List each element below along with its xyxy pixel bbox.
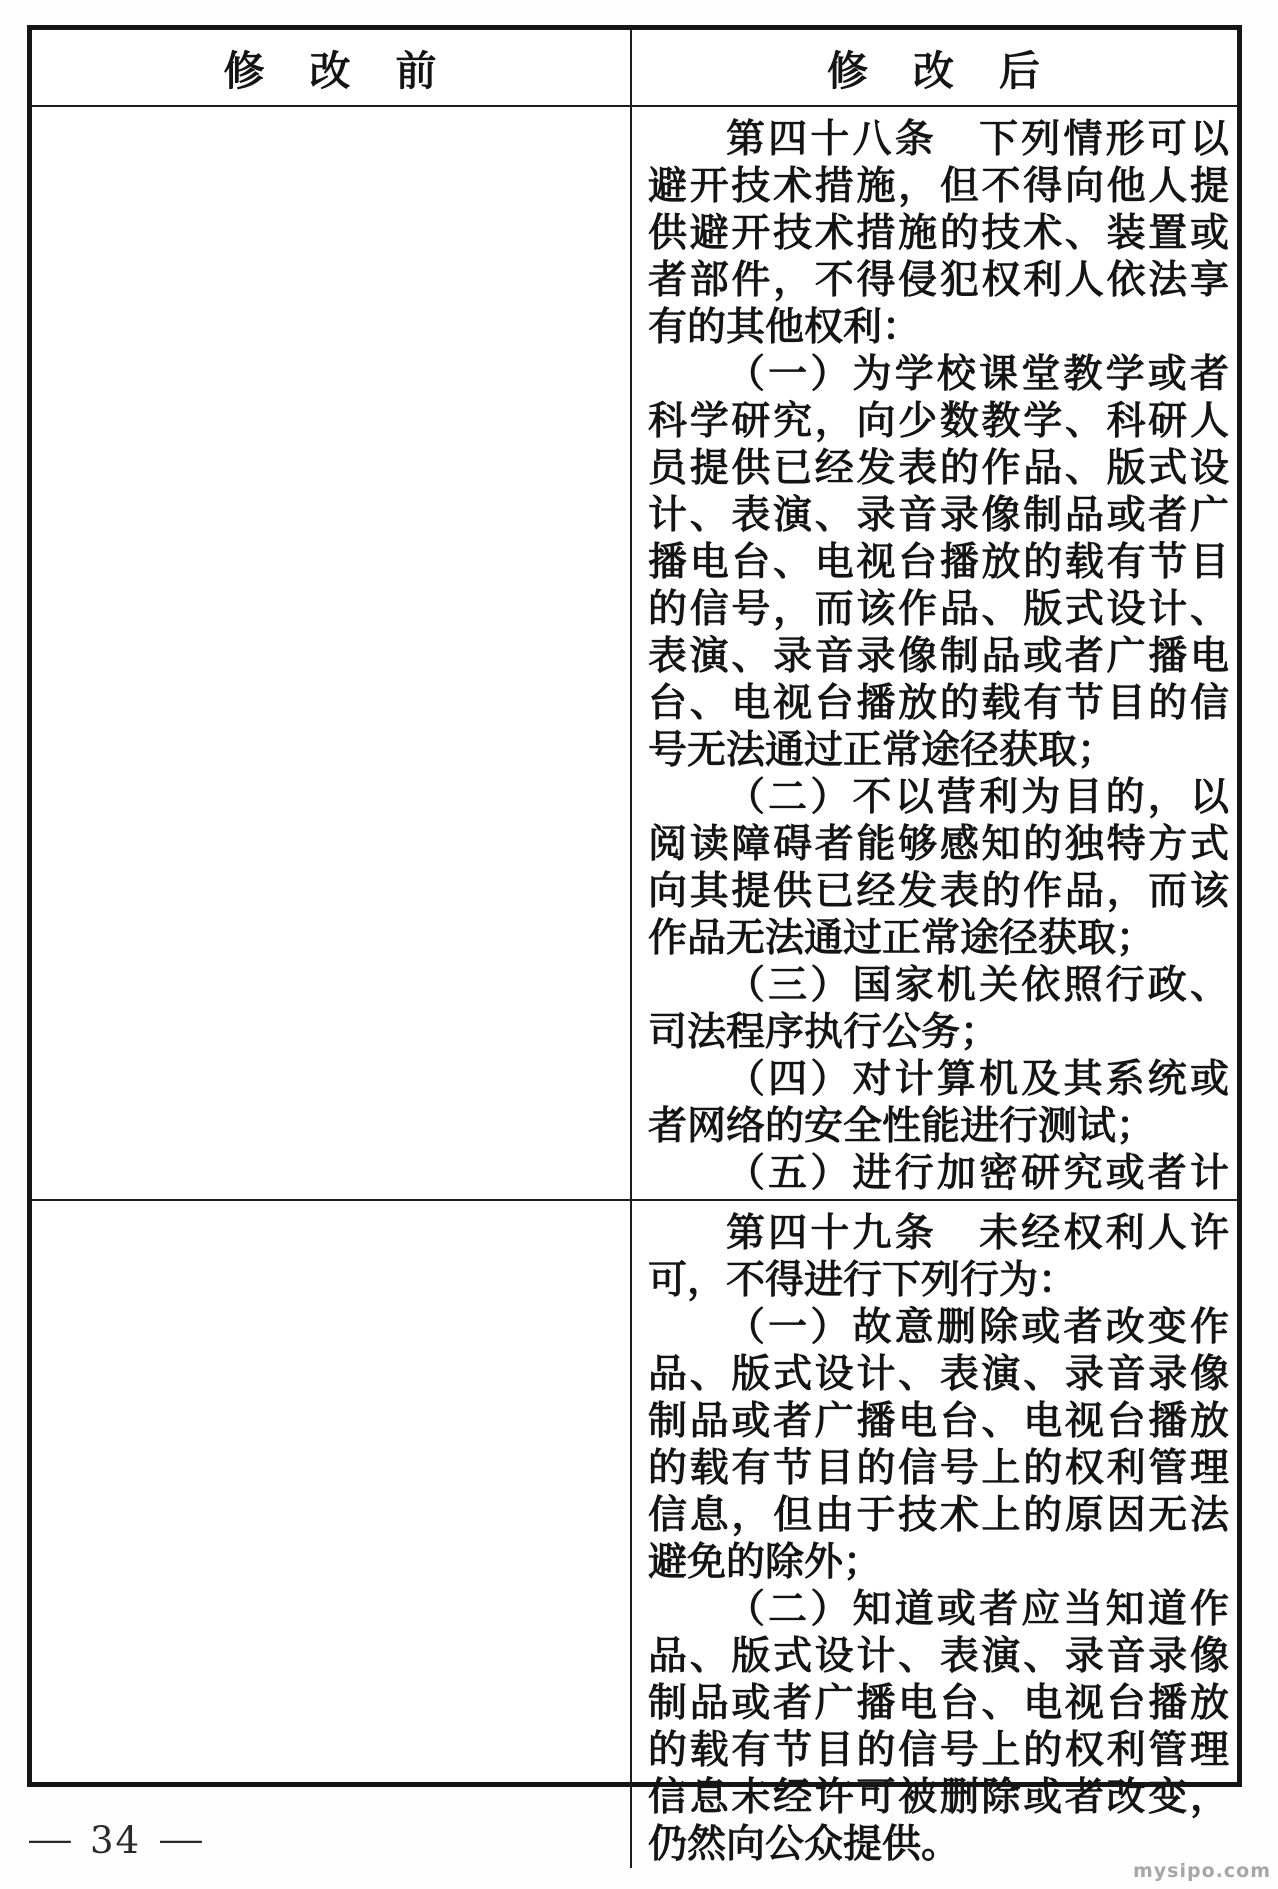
header-cell-before: 修 改 前 bbox=[32, 30, 632, 105]
article-48-intro: 第四十八条 下列情形可以避开技术措施，但不得向他人提供避开技术措施的技术、装置或… bbox=[648, 116, 1229, 351]
cell-after-article-49: 第四十九条 未经权利人许可，不得进行下列行为： （一）故意删除或者改变作品、版式… bbox=[632, 1201, 1237, 1868]
page-number: 34 bbox=[90, 1822, 141, 1859]
page-footer: — 34 — bbox=[33, 1818, 198, 1862]
article-48-item-5: （五）进行加密研究或者计算机软件反向工程研究。 bbox=[648, 1150, 1229, 1199]
article-49-intro: 第四十九条 未经权利人许可，不得进行下列行为： bbox=[648, 1210, 1229, 1304]
article-49-item-1: （一）故意删除或者改变作品、版式设计、表演、录音录像制品或者广播电台、电视台播放… bbox=[648, 1304, 1229, 1586]
header-label-before: 修 改 前 bbox=[224, 38, 439, 97]
table-row-article-49: 第四十九条 未经权利人许可，不得进行下列行为： （一）故意删除或者改变作品、版式… bbox=[32, 1201, 1237, 1868]
cell-before-article-49 bbox=[32, 1201, 632, 1868]
table-header-row: 修 改 前 修 改 后 bbox=[32, 30, 1237, 107]
cell-before-article-48 bbox=[32, 107, 632, 1199]
watermark-text: mysipo.com bbox=[1133, 1860, 1271, 1882]
revision-comparison-table: 修 改 前 修 改 后 第四十八条 下列情形可以避开技术措施，但不得向他人提供避… bbox=[27, 25, 1242, 1787]
article-48-item-3: （三）国家机关依照行政、司法程序执行公务； bbox=[648, 962, 1229, 1056]
article-48-item-4: （四）对计算机及其系统或者网络的安全性能进行测试； bbox=[648, 1056, 1229, 1150]
article-49-item-2: （二）知道或者应当知道作品、版式设计、表演、录音录像制品或者广播电台、电视台播放… bbox=[648, 1586, 1229, 1868]
footer-right-dash: — bbox=[158, 1823, 204, 1857]
header-label-after: 修 改 后 bbox=[827, 38, 1042, 97]
footer-left-dash: — bbox=[27, 1823, 73, 1857]
table-row-article-48: 第四十八条 下列情形可以避开技术措施，但不得向他人提供避开技术措施的技术、装置或… bbox=[32, 107, 1237, 1201]
gazette-page: 修 改 前 修 改 后 第四十八条 下列情形可以避开技术措施，但不得向他人提供避… bbox=[0, 0, 1278, 1889]
article-48-item-1: （一）为学校课堂教学或者科学研究，向少数教学、科研人员提供已经发表的作品、版式设… bbox=[648, 351, 1229, 774]
article-48-item-2: （二）不以营利为目的，以阅读障碍者能够感知的独特方式向其提供已经发表的作品，而该… bbox=[648, 774, 1229, 962]
header-cell-after: 修 改 后 bbox=[632, 30, 1237, 105]
cell-after-article-48: 第四十八条 下列情形可以避开技术措施，但不得向他人提供避开技术措施的技术、装置或… bbox=[632, 107, 1237, 1199]
